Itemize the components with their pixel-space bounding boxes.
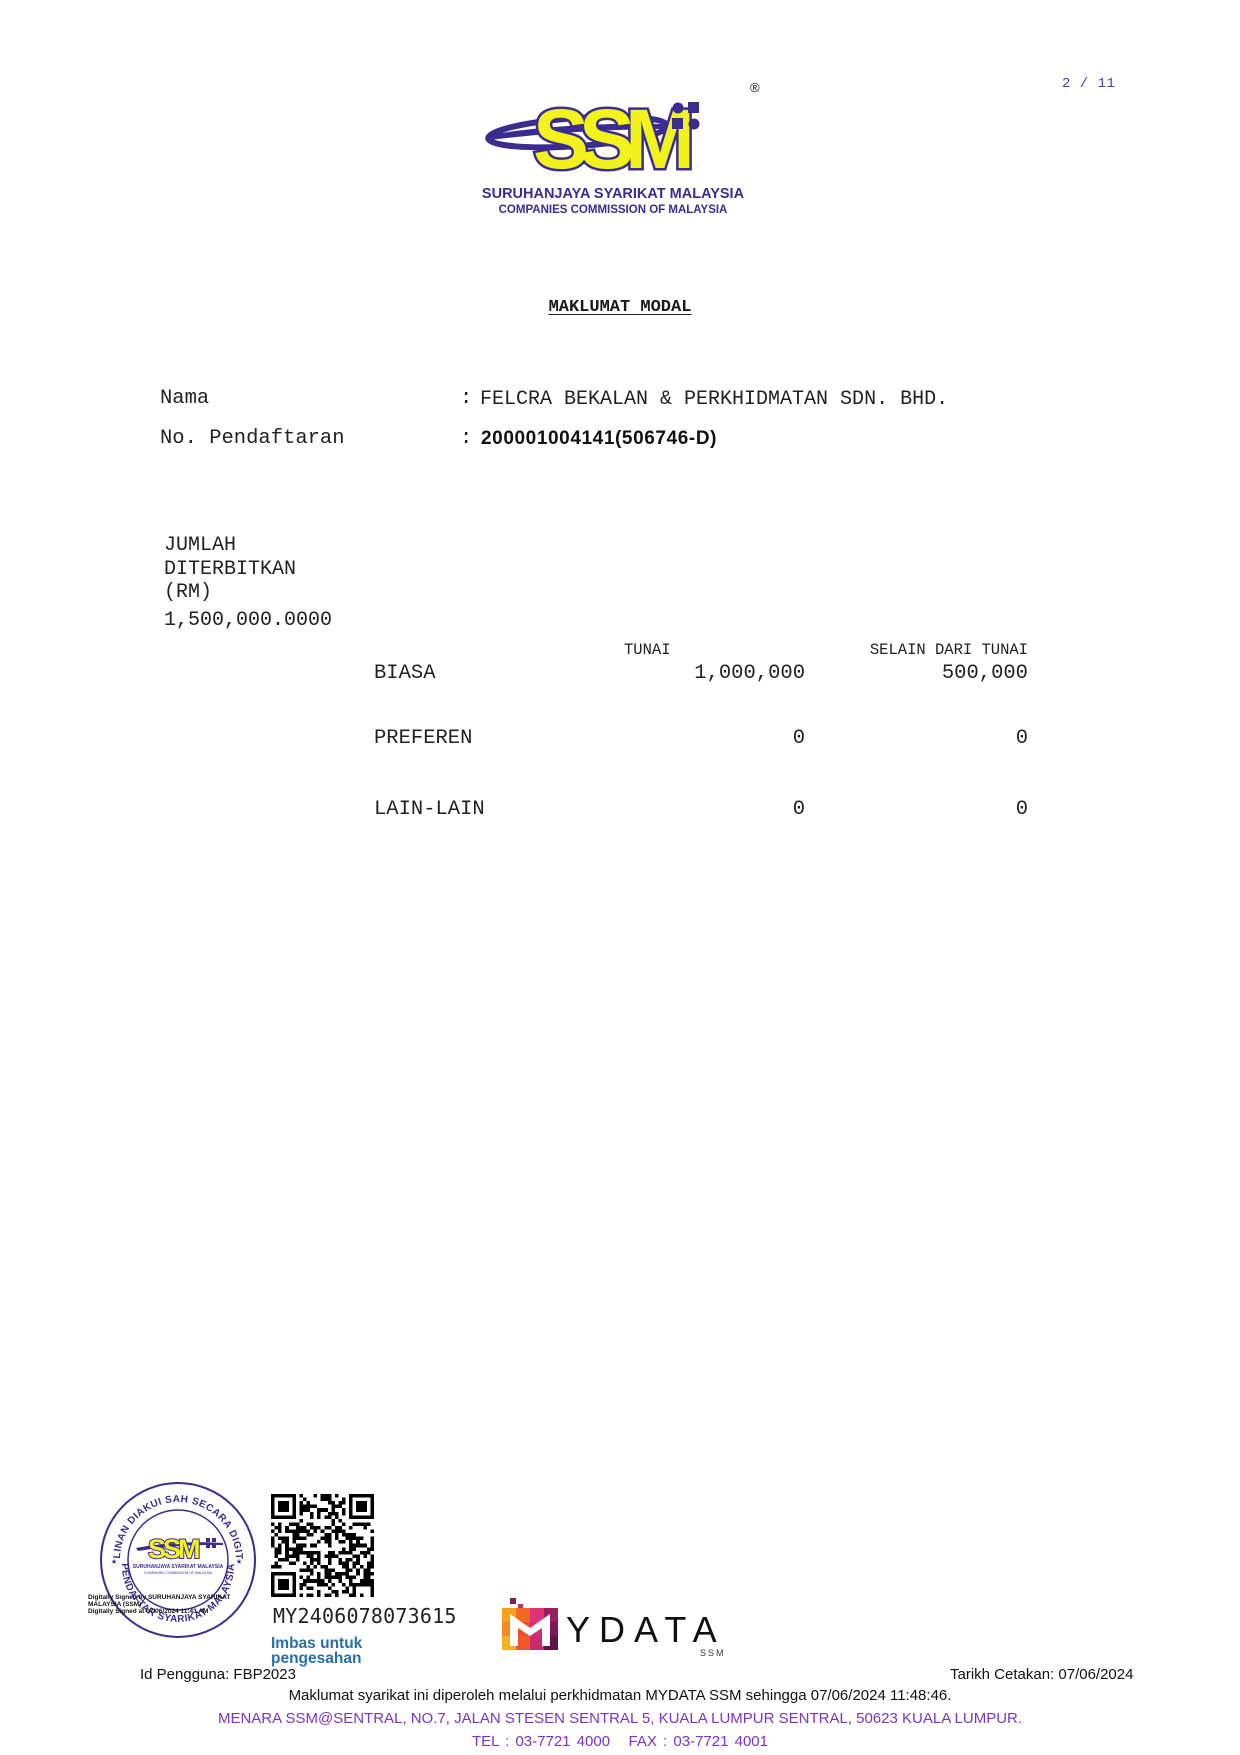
print-date: Tarikh Cetakan: 07/06/2024 — [950, 1666, 1133, 1683]
svg-text:SSM: SSM — [533, 92, 690, 186]
svg-text:SSM: SSM — [148, 1534, 199, 1564]
svg-text:COMPANIES COMMISSION OF MALAYS: COMPANIES COMMISSION OF MALAYSIA — [144, 1571, 213, 1575]
digital-certification-stamp: SALINAN DIAKUI SAH SECARA DIGITAL PENDAF… — [98, 1480, 258, 1640]
column-header-cash: TUNAI — [624, 641, 671, 659]
field-colon: : — [460, 387, 472, 410]
row-label: PREFEREN — [374, 727, 472, 750]
cash-value: 1,000,000 — [605, 662, 805, 685]
column-header-non-cash: SELAIN DARI TUNAI — [828, 641, 1028, 659]
data-source-notice: Maklumat syarikat ini diperoleh melalui … — [0, 1687, 1240, 1704]
qr-code-id: MY2406078073615 — [273, 1604, 457, 1628]
verification-qr-code[interactable] — [271, 1494, 374, 1597]
field-label-name: Nama — [160, 387, 209, 410]
document-title: MAKLUMAT MODAL — [520, 298, 720, 317]
org-name-malay: SURUHANJAYA SYARIKAT MALAYSIA — [478, 186, 748, 202]
contact-numbers: TEL : 03-7721 4000 FAX : 03-7721 4001 — [0, 1733, 1240, 1750]
org-name-english: COMPANIES COMMISSION OF MALAYSIA — [478, 204, 748, 216]
star-icon: ★ — [111, 1557, 117, 1568]
field-label-registration: No. Pendaftaran — [160, 427, 345, 450]
registered-mark-icon: ® — [750, 80, 760, 95]
non-cash-value: 0 — [828, 798, 1028, 821]
user-id: Id Pengguna: FBP2023 — [140, 1666, 296, 1683]
issued-label-line3: (RM) — [164, 581, 212, 605]
field-colon: : — [460, 427, 472, 450]
mydata-ssm-logo: YDATA SSM — [502, 1590, 742, 1660]
non-cash-value: 0 — [828, 727, 1028, 750]
non-cash-value: 500,000 — [828, 662, 1028, 685]
signed-by: Digitally Signed by SURUHANJAYA SYARIKAT… — [88, 1594, 263, 1608]
office-address: MENARA SSM@SENTRAL, NO.7, JALAN STESEN S… — [0, 1710, 1240, 1727]
signed-at: Digitally Signed at 07/06/2024 11:43 AM — [88, 1608, 263, 1615]
digital-signature-text: Digitally Signed by SURUHANJAYA SYARIKAT… — [88, 1594, 263, 1615]
row-label: BIASA — [374, 662, 436, 685]
svg-text:SSM: SSM — [700, 1648, 726, 1658]
cash-value: 0 — [605, 798, 805, 821]
scan-to-verify-label: Imbas untuk pengesahan — [271, 1636, 391, 1666]
star-icon: ★ — [236, 1557, 242, 1568]
issued-label-line1: JUMLAH — [164, 534, 236, 558]
cash-value: 0 — [605, 727, 805, 750]
issued-label-line2: DITERBITKAN — [164, 558, 296, 582]
registration-number: 200001004141(506746-D) — [481, 428, 717, 450]
svg-text:SURUHANJAYA SYARIKAT MALAYSIA: SURUHANJAYA SYARIKAT MALAYSIA — [133, 1564, 224, 1570]
svg-text:YDATA: YDATA — [566, 1609, 726, 1650]
issued-total: 1,500,000.0000 — [164, 609, 332, 633]
row-label: LAIN-LAIN — [374, 798, 485, 821]
company-name: FELCRA BEKALAN & PERKHIDMATAN SDN. BHD. — [480, 388, 948, 411]
page-number: 2 / 11 — [1062, 76, 1115, 92]
